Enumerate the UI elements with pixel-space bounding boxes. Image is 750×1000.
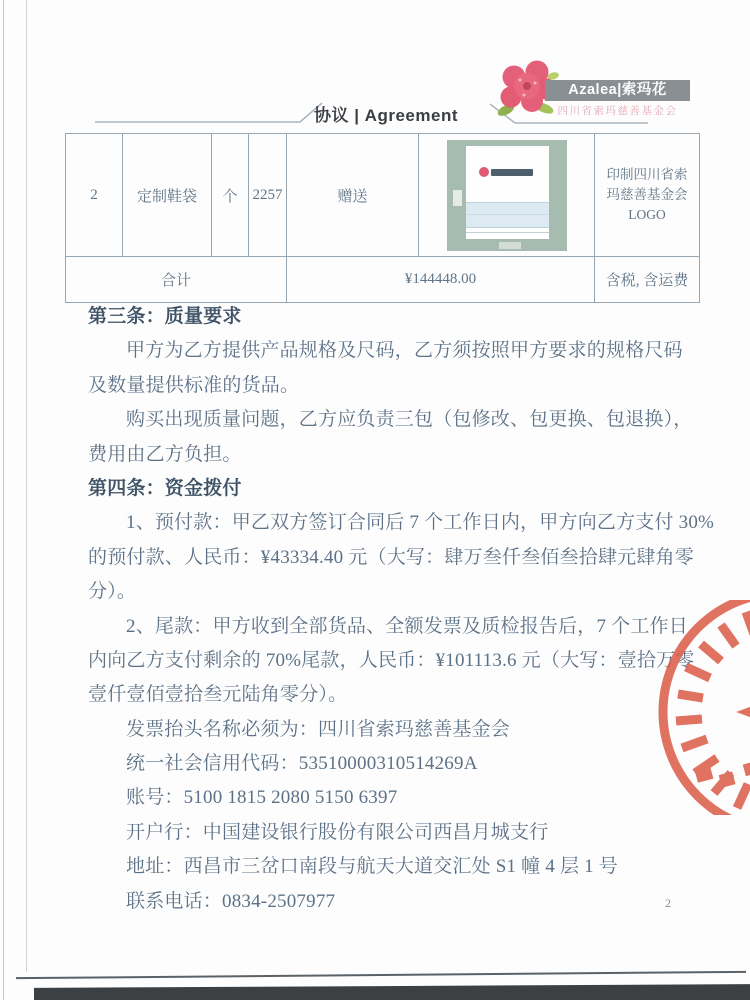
cell-remark: 印制四川省索玛慈善基金会LOGO	[595, 134, 699, 257]
body-line: 内向乙方支付剩余的 70%尾款，人民币：¥101113.6 元（大写：壹拾万零	[88, 644, 700, 678]
bag-blue-band	[466, 202, 549, 228]
foundation-logo: Azalea|索玛花 四川省索玛慈善基金会	[488, 56, 706, 120]
cell-qty: 2257	[249, 134, 287, 257]
body-line: 地址：西昌市三岔口南段与航天大道交汇处 S1 幢 4 层 1 号	[88, 850, 700, 884]
bag-front	[466, 146, 549, 239]
scanned-contract-page: 协议 | Agreement Azalea|索玛花 四川省索玛慈善基金会 2 定…	[0, 0, 750, 1000]
body-line: 第四条：资金拨付	[88, 472, 700, 506]
body-line: 购买出现质量问题，乙方应负责三包（包修改、包更换、包退换），	[88, 403, 700, 437]
cell-total-note: 含税, 含运费	[595, 257, 699, 302]
body-line: 的预付款、人民币：¥43334.40 元（大写：肆万叁仟叁佰叁拾肆元肆角零	[88, 541, 700, 575]
goods-table: 2 定制鞋袋 个 2257 赠送 印制四川省索玛慈善基金会LOGO 合计 ¥14…	[65, 133, 700, 303]
scan-edge-bottom-band	[34, 984, 750, 1000]
cell-seq: 2	[66, 134, 123, 257]
body-line: 统一社会信用代码：53510000310514269A	[88, 747, 700, 781]
body-line: 发票抬头名称必须为：四川省索玛慈善基金会	[88, 713, 700, 747]
body-line: 1、预付款：甲乙双方签订合同后 7 个工作日内，甲方向乙方支付 30%	[88, 506, 700, 540]
body-line: 分）。	[88, 575, 700, 609]
page-number: 2	[658, 896, 678, 911]
body-text: 第三条：质量要求甲方为乙方提供产品规格及尺码，乙方须按照甲方要求的规格尺码及数量…	[88, 300, 700, 919]
product-photo	[447, 140, 567, 251]
scan-edge-bottom-line	[16, 971, 746, 979]
body-line: 开户行：中国建设银行股份有限公司西昌月城支行	[88, 816, 700, 850]
bag-side-tab	[453, 190, 462, 206]
logo-brand-banner: Azalea|索玛花	[545, 80, 690, 101]
body-line: 账号：5100 1815 2080 5150 6397	[88, 781, 700, 815]
body-line: 第三条：质量要求	[88, 300, 700, 334]
logo-subtitle: 四川省索玛慈善基金会	[545, 103, 690, 118]
cell-unit: 个	[212, 134, 249, 257]
bag-logo-text-strip	[491, 169, 533, 176]
cell-product-photo	[419, 134, 595, 257]
bag-band-line	[466, 214, 549, 215]
cell-price-note: 赠送	[287, 134, 419, 257]
body-line: 甲方为乙方提供产品规格及尺码，乙方须按照甲方要求的规格尺码	[88, 334, 700, 368]
body-line: 及数量提供标准的货品。	[88, 369, 700, 403]
body-line: 壹仟壹佰壹拾叁元陆角零分）。	[88, 678, 700, 712]
bag-seam-line	[466, 232, 549, 233]
scan-edge-left-outer	[3, 0, 4, 1000]
cell-total-label: 合计	[66, 257, 287, 302]
scan-edge-left-inner	[26, 0, 27, 972]
page-title: 协议 | Agreement	[300, 101, 472, 126]
cell-item-name: 定制鞋袋	[123, 134, 212, 257]
body-line: 费用由乙方负担。	[88, 438, 700, 472]
bag-bottom-tab	[499, 242, 521, 249]
cell-total-amount: ¥144448.00	[287, 257, 595, 302]
red-seal-stamp	[648, 600, 750, 815]
body-line: 联系电话：0834-2507977	[88, 885, 700, 919]
bag-logo-flower-icon	[479, 167, 489, 177]
body-line: 2、尾款：甲方收到全部货品、全额发票及质检报告后，7 个工作日	[88, 610, 700, 644]
